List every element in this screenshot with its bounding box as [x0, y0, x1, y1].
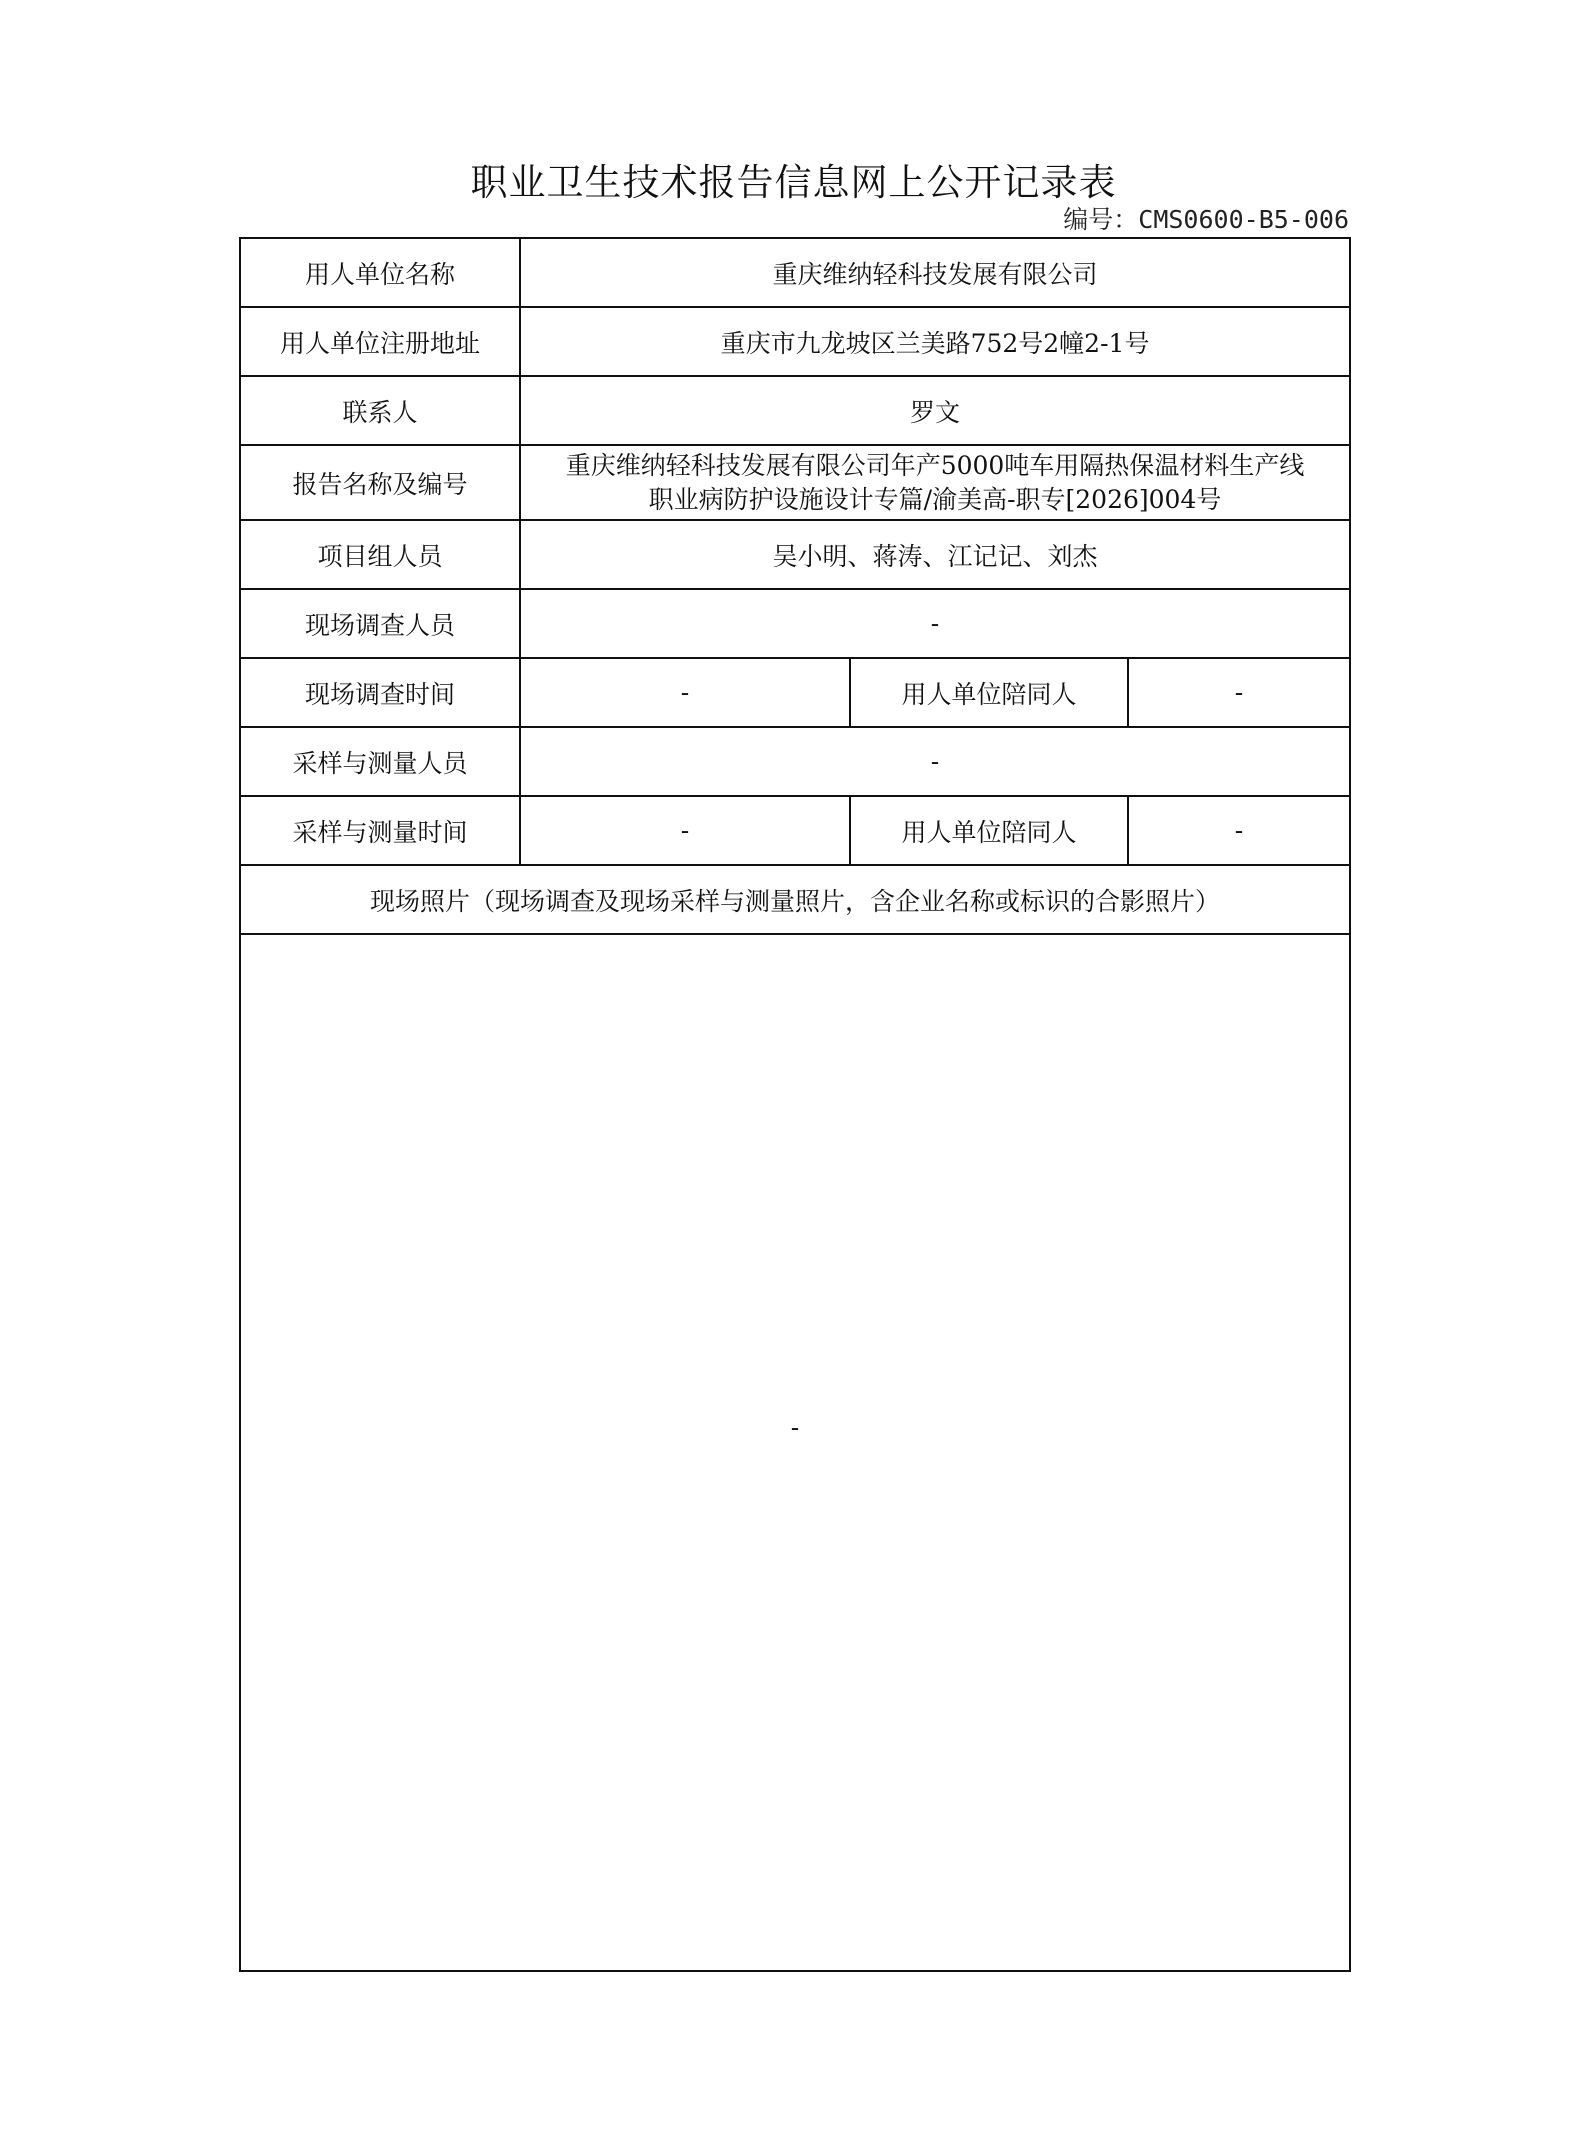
document-number-label: 编号： [1063, 205, 1138, 234]
document-number-value: CMS0600-B5-006 [1138, 205, 1349, 234]
value-report-name: 重庆维纳轻科技发展有限公司年产5000吨车用隔热保温材料生产线 职业病防护设施设… [520, 445, 1350, 520]
label-contact: 联系人 [240, 376, 520, 445]
photo-section-content: - [240, 934, 1350, 1971]
photo-placeholder: - [791, 1413, 799, 1442]
value-contact: 罗文 [520, 376, 1350, 445]
label-survey-staff: 现场调查人员 [240, 589, 520, 658]
label-report-name: 报告名称及编号 [240, 445, 520, 520]
table-row-survey-staff: 现场调查人员 - [240, 589, 1350, 658]
label-survey-escort: 用人单位陪同人 [850, 658, 1128, 727]
table-row-survey-time: 现场调查时间 - 用人单位陪同人 - [240, 658, 1350, 727]
label-employer-name: 用人单位名称 [240, 238, 520, 307]
table-row-project-members: 项目组人员 吴小明、蒋涛、江记记、刘杰 [240, 520, 1350, 589]
label-sampling-staff: 采样与测量人员 [240, 727, 520, 796]
page-title: 职业卫生技术报告信息网上公开记录表 [0, 152, 1587, 206]
label-survey-time: 现场调查时间 [240, 658, 520, 727]
value-survey-staff: - [520, 589, 1350, 658]
label-registered-address: 用人单位注册地址 [240, 307, 520, 376]
table-row-sampling-time: 采样与测量时间 - 用人单位陪同人 - [240, 796, 1350, 865]
label-sampling-time: 采样与测量时间 [240, 796, 520, 865]
label-sampling-escort: 用人单位陪同人 [850, 796, 1128, 865]
label-project-members: 项目组人员 [240, 520, 520, 589]
value-sampling-staff: - [520, 727, 1350, 796]
report-name-line-1: 重庆维纳轻科技发展有限公司年产5000吨车用隔热保温材料生产线 [521, 449, 1349, 483]
table-row-photo-content: - [240, 934, 1350, 1971]
record-table: 用人单位名称 重庆维纳轻科技发展有限公司 用人单位注册地址 重庆市九龙坡区兰美路… [239, 237, 1351, 1972]
value-employer-name: 重庆维纳轻科技发展有限公司 [520, 238, 1350, 307]
report-name-line-2: 职业病防护设施设计专篇/渝美高-职专[2026]004号 [521, 483, 1349, 517]
value-project-members: 吴小明、蒋涛、江记记、刘杰 [520, 520, 1350, 589]
table-row-report-name: 报告名称及编号 重庆维纳轻科技发展有限公司年产5000吨车用隔热保温材料生产线 … [240, 445, 1350, 520]
table-row-photo-header: 现场照片（现场调查及现场采样与测量照片，含企业名称或标识的合影照片） [240, 865, 1350, 934]
table-row-employer-name: 用人单位名称 重庆维纳轻科技发展有限公司 [240, 238, 1350, 307]
value-survey-escort: - [1128, 658, 1350, 727]
value-registered-address: 重庆市九龙坡区兰美路752号2幢2-1号 [520, 307, 1350, 376]
document-number: 编号：CMS0600-B5-006 [1063, 200, 1349, 236]
photo-section-header: 现场照片（现场调查及现场采样与测量照片，含企业名称或标识的合影照片） [240, 865, 1350, 934]
table-row-sampling-staff: 采样与测量人员 - [240, 727, 1350, 796]
value-sampling-time: - [520, 796, 850, 865]
table-row-registered-address: 用人单位注册地址 重庆市九龙坡区兰美路752号2幢2-1号 [240, 307, 1350, 376]
value-survey-time: - [520, 658, 850, 727]
value-sampling-escort: - [1128, 796, 1350, 865]
table-row-contact: 联系人 罗文 [240, 376, 1350, 445]
